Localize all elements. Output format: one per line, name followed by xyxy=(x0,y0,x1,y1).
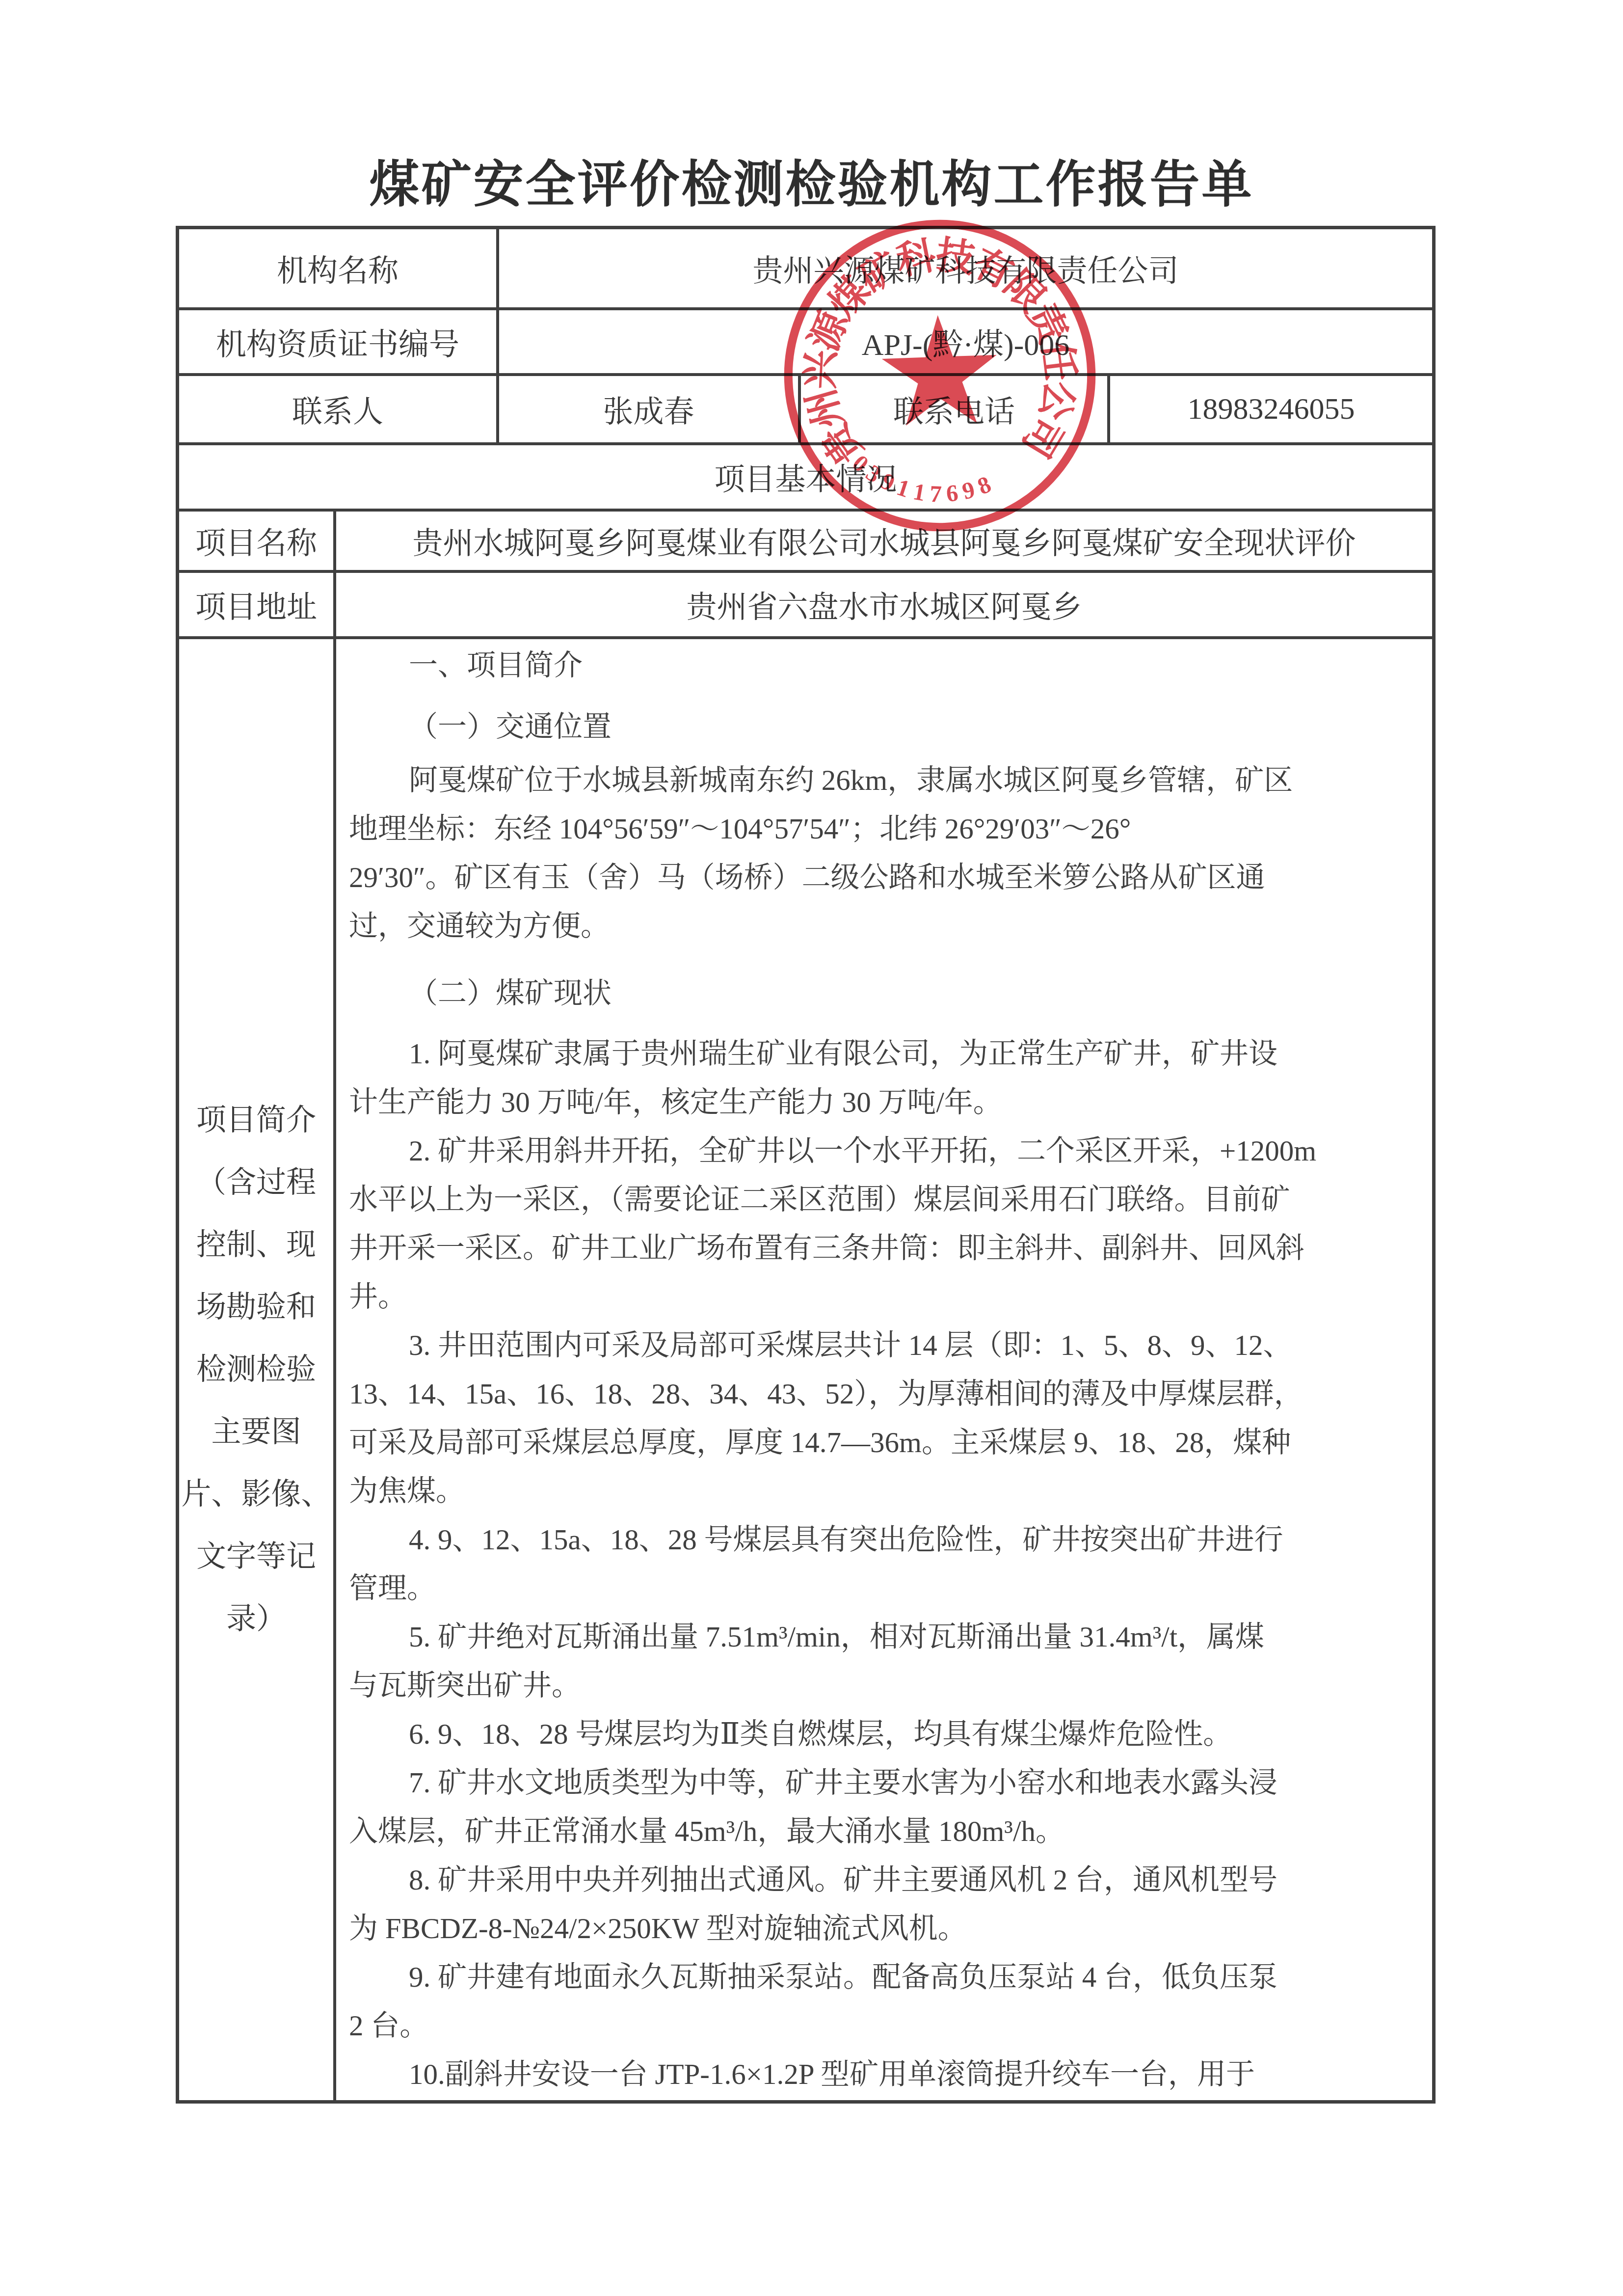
summary-text-line: 9. 矿井建有地面永久瓦斯抽采泵站。配备高负压泵站 4 台，低负压泵 xyxy=(349,1953,1420,2001)
summary-text-line: 4. 9、12、15a、18、28 号煤层具有突出危险性，矿井按突出矿井进行 xyxy=(349,1515,1420,1564)
summary-text-line: 3. 井田范围内可采及局部可采煤层共计 14 层（即：1、5、8、9、12、 xyxy=(349,1321,1420,1370)
summary-text-line: 阿戛煤矿位于水城县新城南东约 26km，隶属水城区阿戛乡管辖，矿区 xyxy=(349,756,1420,805)
summary-text-line: 2 台。 xyxy=(349,2001,1420,2050)
summary-text-line: 过，交通较为方便。 xyxy=(349,902,1420,950)
row-project-address: 项目地址 贵州省六盘水市水城区阿戛乡 xyxy=(179,573,1432,639)
contact-value: 张成春 xyxy=(499,376,801,442)
summary-text-line: 29′30″。矿区有玉（舍）马（场桥）二级公路和水城至米箩公路从矿区通 xyxy=(349,853,1420,902)
page-title: 煤矿安全评价检测检验机构工作报告单 xyxy=(0,145,1623,216)
summary-text-line: 水平以上为一采区，（需要论证二采区范围）煤层间采用石门联络。目前矿 xyxy=(349,1175,1420,1224)
project-address-value: 贵州省六盘水市水城区阿戛乡 xyxy=(336,573,1432,636)
summary-text-line: 为焦煤。 xyxy=(349,1467,1420,1515)
summary-text-line: 13、14、15a、16、18、28、34、43、52），为厚薄相间的薄及中厚煤… xyxy=(349,1370,1420,1418)
summary-text-line: 地理坐标：东经 104°56′59″～104°57′54″；北纬 26°29′0… xyxy=(349,805,1420,853)
summary-label-line: 项目简介 xyxy=(196,1089,316,1152)
summary-label-line: 场勘验和 xyxy=(196,1276,316,1339)
summary-text-line: 井。 xyxy=(349,1272,1420,1321)
row-section-header: 项目基本情况 xyxy=(179,445,1432,512)
summary-label: 项目简介（含过程控制、现场勘验和检测检验主要图片、影像、文字等记录） xyxy=(179,639,336,2100)
summary-text-line: 管理。 xyxy=(349,1564,1420,1613)
project-name-label: 项目名称 xyxy=(179,512,336,570)
summary-label-line: 文字等记 xyxy=(196,1526,316,1588)
summary-text-line: 一、项目简介 xyxy=(349,641,1420,690)
report-form-table: 机构名称 贵州兴源煤矿科技有限责任公司 机构资质证书编号 APJ-(黔·煤)-0… xyxy=(176,226,1436,2104)
summary-text-line: 井开采一采区。矿井工业广场布置有三条井筒：即主斜井、副斜井、回风斜 xyxy=(349,1224,1420,1272)
summary-label-line: （含过程 xyxy=(196,1152,316,1214)
summary-text-line: 计生产能力 30 万吨/年，核定生产能力 30 万吨/年。 xyxy=(349,1078,1420,1127)
contact-label: 联系人 xyxy=(179,376,499,442)
summary-text-line: 1. 阿戛煤矿隶属于贵州瑞生矿业有限公司，为正常生产矿井，矿井设 xyxy=(349,1029,1420,1078)
summary-text-line: 7. 矿井水文地质类型为中等，矿井主要水害为小窑水和地表水露头浸 xyxy=(349,1758,1420,1807)
summary-label-line: 片、影像、 xyxy=(181,1463,331,1526)
scanned-report-page: { "page": { "title": "煤矿安全评价检测检验机构工作报告单"… xyxy=(0,0,1623,2296)
project-address-label: 项目地址 xyxy=(179,573,336,636)
summary-text-line: 8. 矿井采用中央并列抽出式通风。矿井主要通风机 2 台，通风机型号 xyxy=(349,1856,1420,1904)
summary-label-line: 控制、现 xyxy=(196,1214,316,1276)
summary-text-line: 为 FBCDZ-8-№24/2×250KW 型对旋轴流式风机。 xyxy=(349,1904,1420,1953)
summary-text-line: （二）煤矿现状 xyxy=(349,969,1420,1018)
summary-content: 一、项目简介（一）交通位置阿戛煤矿位于水城县新城南东约 26km，隶属水城区阿戛… xyxy=(336,639,1432,2100)
phone-label: 联系电话 xyxy=(801,376,1110,442)
row-org-name: 机构名称 贵州兴源煤矿科技有限责任公司 xyxy=(179,229,1432,310)
summary-label-line: 主要图 xyxy=(211,1401,301,1463)
summary-text-line: 可采及局部可采煤层总厚度，厚度 14.7—36m。主采煤层 9、18、28，煤种 xyxy=(349,1418,1420,1467)
summary-label-line: 检测检验 xyxy=(196,1339,316,1401)
org-name-label: 机构名称 xyxy=(179,229,499,307)
summary-text-line: 入煤层，矿井正常涌水量 45m³/h，最大涌水量 180m³/h。 xyxy=(349,1807,1420,1856)
summary-text-line: 6. 9、18、28 号煤层均为Ⅱ类自燃煤层，均具有煤尘爆炸危险性。 xyxy=(349,1710,1420,1758)
org-name-value: 贵州兴源煤矿科技有限责任公司 xyxy=(499,229,1432,307)
project-name-value: 贵州水城阿戛乡阿戛煤业有限公司水城县阿戛乡阿戛煤矿安全现状评价 xyxy=(336,512,1432,570)
phone-value: 18983246055 xyxy=(1110,376,1432,442)
cert-no-value: APJ-(黔·煤)-006 xyxy=(499,310,1432,373)
row-project-name: 项目名称 贵州水城阿戛乡阿戛煤业有限公司水城县阿戛乡阿戛煤矿安全现状评价 xyxy=(179,512,1432,573)
summary-text-line: 2. 矿井采用斜井开拓，全矿井以一个水平开拓，二个采区开采，+1200m xyxy=(349,1127,1420,1175)
summary-text-line: （一）交通位置 xyxy=(349,702,1420,751)
row-project-summary: 项目简介（含过程控制、现场勘验和检测检验主要图片、影像、文字等记录） 一、项目简… xyxy=(179,639,1432,2100)
cert-no-label: 机构资质证书编号 xyxy=(179,310,499,373)
row-cert-no: 机构资质证书编号 APJ-(黔·煤)-006 xyxy=(179,310,1432,376)
summary-text-line: 5. 矿井绝对瓦斯涌出量 7.51m³/min，相对瓦斯涌出量 31.4m³/t… xyxy=(349,1613,1420,1661)
summary-text-line: 10.副斜井安设一台 JTP-1.6×1.2P 型矿用单滚筒提升绞车一台，用于 xyxy=(349,2050,1420,2099)
section-header: 项目基本情况 xyxy=(179,445,1432,509)
row-contact: 联系人 张成春 联系电话 18983246055 xyxy=(179,376,1432,445)
summary-text-line: 与瓦斯突出矿井。 xyxy=(349,1661,1420,1710)
document: 煤矿安全评价检测检验机构工作报告单 机构名称 贵州兴源煤矿科技有限责任公司 机构… xyxy=(0,0,1623,2296)
summary-label-line: 录） xyxy=(226,1588,286,1650)
